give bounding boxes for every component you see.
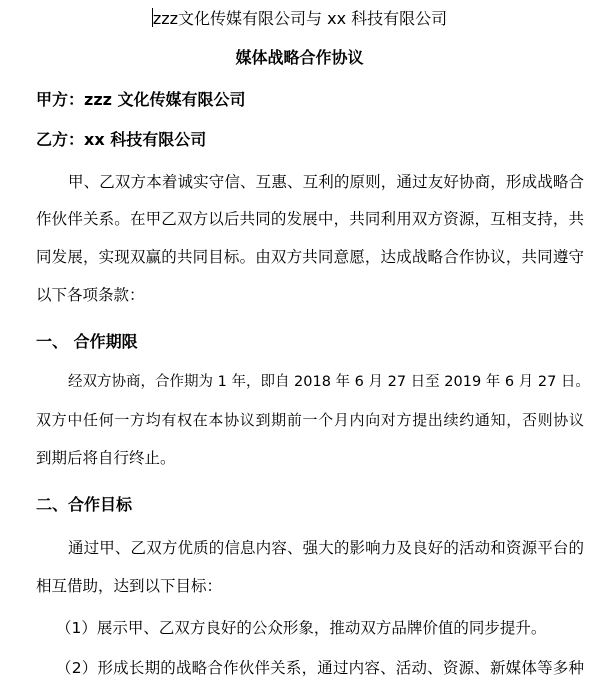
document-page[interactable]: zzz文化传媒有限公司与 xx 科技有限公司 媒体战略合作协议 甲方：zzz 文… — [0, 0, 599, 698]
section-2-line-1: 通过甲、乙双方优质的信息内容、强大的影响力及良好的活动和资源平台的 — [36, 538, 584, 558]
section-2-item-1: （1）展示甲、乙双方良好的公众形象，推动双方品牌价值的同步提升。 — [36, 618, 599, 638]
intro-line-3: 同发展，实现双赢的共同目标。由双方共同意愿，达成战略合作协议，共同遵守 — [36, 247, 584, 267]
intro-line-4: 以下各项条款： — [36, 285, 584, 305]
intro-line-1: 甲、乙双方本着诚实守信、互惠、互利的原则，通过友好协商，形成战略合 — [36, 172, 584, 192]
title-text: zzz文化传媒有限公司与 xx 科技有限公司 — [153, 9, 447, 28]
section-1-heading: 一、 合作期限 — [36, 332, 584, 352]
party-b: 乙方：xx 科技有限公司 — [36, 130, 584, 150]
party-a: 甲方：zzz 文化传媒有限公司 — [36, 90, 584, 110]
section-1-line-3: 到期后将自行终止。 — [36, 448, 584, 468]
section-2-heading: 二、合作目标 — [36, 495, 584, 515]
section-1-line-1: 经双方协商，合作期为 1 年，即自 2018 年 6 月 27 日至 2019 … — [36, 372, 584, 392]
section-2-line-2: 相互借助，达到以下目标： — [36, 576, 584, 596]
document-title-line-2: 媒体战略合作协议 — [0, 48, 599, 68]
intro-line-2: 作伙伴关系。在甲乙双方以后共同的发展中，共同利用双方资源，互相支持，共 — [36, 209, 584, 229]
document-title-line-1[interactable]: zzz文化传媒有限公司与 xx 科技有限公司 — [0, 8, 599, 29]
section-2-item-2: （2）形成长期的战略合作伙伴关系，通过内容、活动、资源、新媒体等多种 — [36, 658, 584, 678]
section-1-line-2: 双方中任何一方均有权在本协议到期前一个月内向对方提出续约通知，否则协议 — [36, 410, 584, 430]
